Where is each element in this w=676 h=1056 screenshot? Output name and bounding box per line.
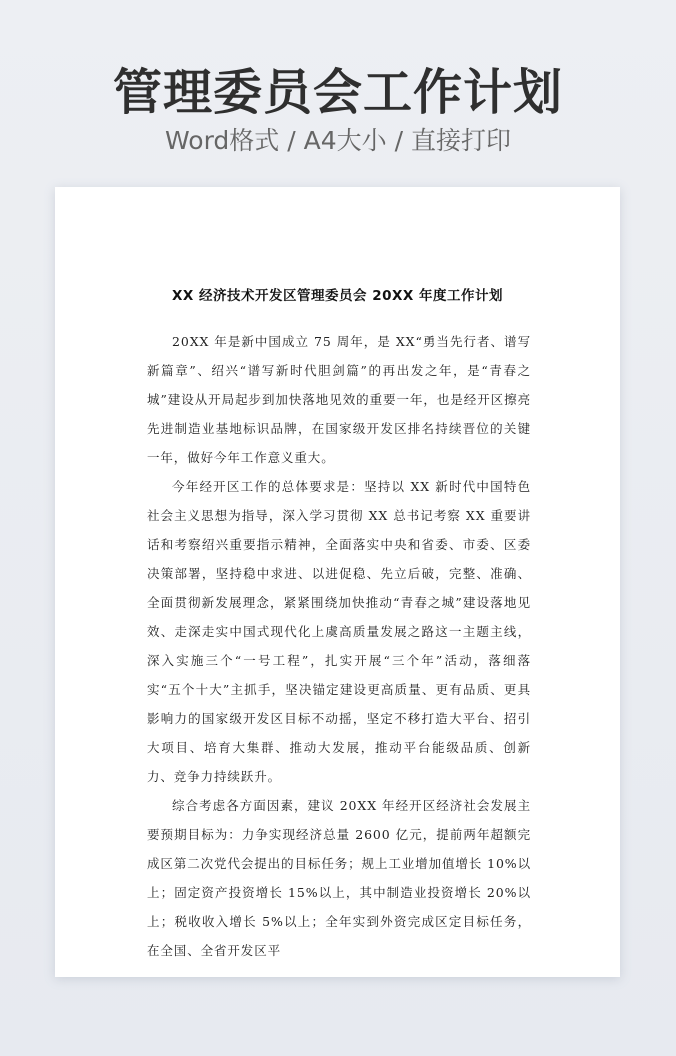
document-title: XX 经济技术开发区管理委员会 20XX 年度工作计划 [55, 284, 620, 304]
banner-header: 管理委员会工作计划 Word格式 / A4大小 / 直接打印 [0, 62, 676, 158]
paragraph: 综合考虑各方面因素，建议 20XX 年经开区经济社会发展主要预期目标为：力争实现… [147, 791, 531, 965]
banner-subtitle: Word格式 / A4大小 / 直接打印 [0, 124, 676, 158]
paragraph: 今年经开区工作的总体要求是：坚持以 XX 新时代中国特色社会主义思想为指导，深入… [147, 472, 531, 791]
document-page: XX 经济技术开发区管理委员会 20XX 年度工作计划 20XX 年是新中国成立… [55, 187, 620, 977]
paragraph: 20XX 年是新中国成立 75 周年，是 XX“勇当先行者、谱写新篇章”、绍兴“… [147, 327, 531, 472]
banner-title: 管理委员会工作计划 [0, 62, 676, 124]
document-body: 20XX 年是新中国成立 75 周年，是 XX“勇当先行者、谱写新篇章”、绍兴“… [147, 327, 531, 965]
